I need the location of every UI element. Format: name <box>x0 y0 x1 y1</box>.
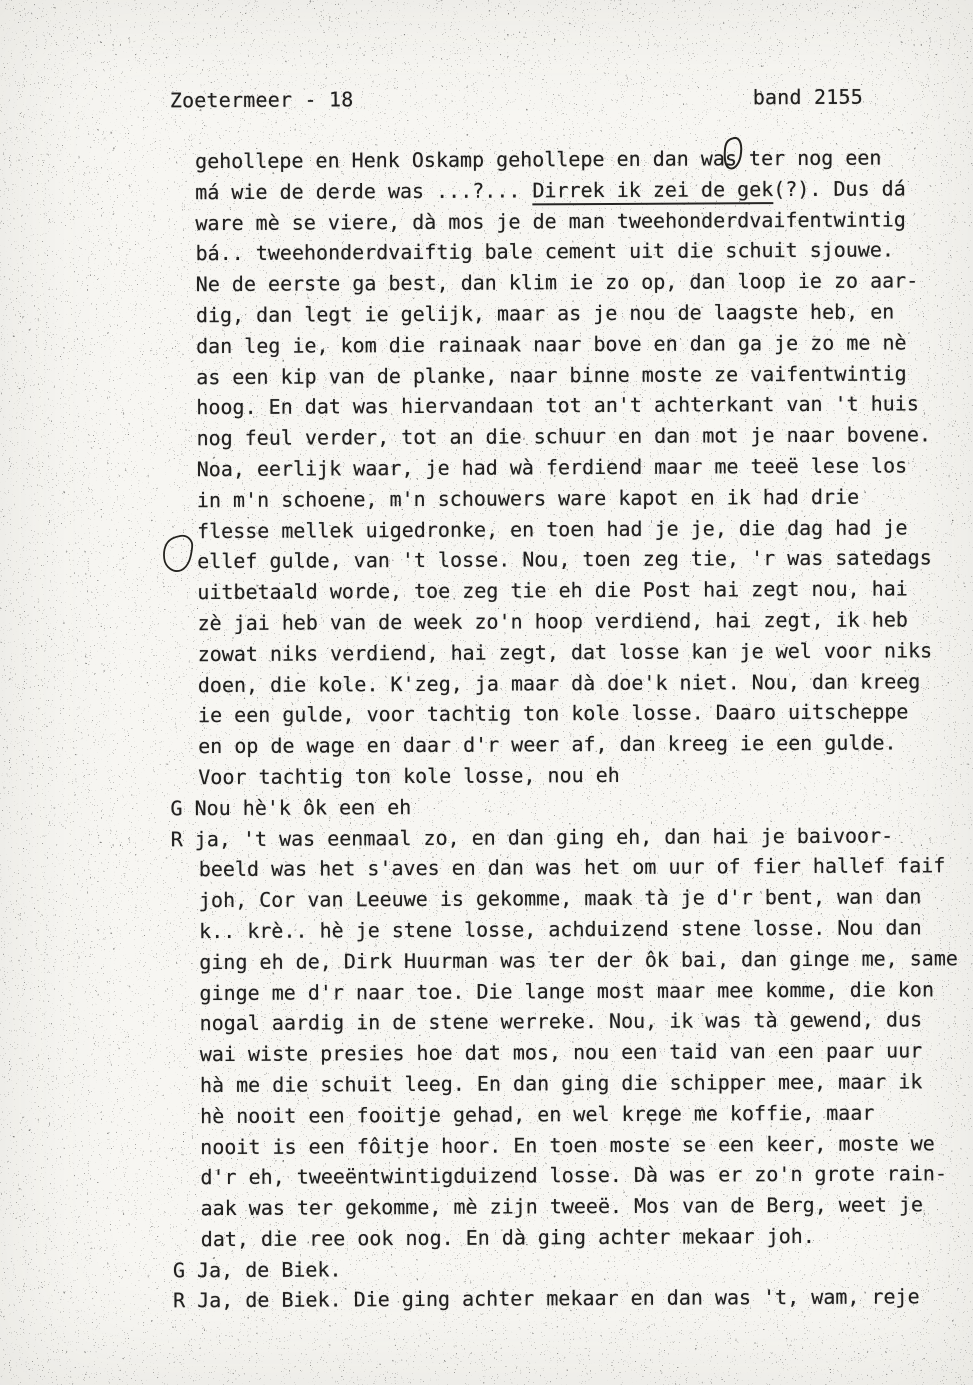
transcript-line: nogal aardig in de stene werreke. Nou, i… <box>5 1004 973 1040</box>
transcript-line: Ne de eerste ga best, dan klim ie zo op,… <box>1 265 973 301</box>
transcript-line: nooit is een fôitje hoor. En toen moste … <box>5 1128 973 1164</box>
line-text: zowat niks verdiend, hai zegt, dat losse… <box>198 638 933 666</box>
scanned-transcript-page: Zoetermeer - 18 band 2155 gehollepe en H… <box>0 0 973 1385</box>
line-text: Ne de eerste ga best, dan klim ie zo op,… <box>196 269 919 297</box>
transcript-line: zè jai heb van de week zo'n hoop verdien… <box>2 604 973 640</box>
transcript-line: ginge me d'r naar toe. Die lange most ma… <box>4 974 973 1010</box>
line-text: nogal aardig in de stene werreke. Nou, i… <box>200 1008 923 1036</box>
transcript-line: k.. krè.. hè je stene losse, achduizend … <box>4 912 973 948</box>
line-text: má wie de derde was ...?... <box>195 178 532 204</box>
line-text: d'r eh, tweeëntwintigduizend losse. Dà w… <box>200 1162 947 1190</box>
line-text: beeld was het s'aves en dan was het om u… <box>199 854 946 882</box>
transcript-line: dan leg ie, kom die rainaak naar bove en… <box>1 327 973 363</box>
line-text: as een kip van de planke, naar binne mos… <box>196 361 907 389</box>
line-text: in m'n schoene, m'n schouwers ware kapot… <box>197 484 859 511</box>
line-text: nooit is een fôitje hoor. En toen moste … <box>200 1131 935 1159</box>
transcript-line: hà me die schuit leeg. En dan ging die s… <box>5 1066 973 1102</box>
line-text: Voor tachtig ton kole losse, nou eh <box>198 763 620 789</box>
transcript-line: R ja, 't was eenmaal zo, en dan ging eh,… <box>4 820 973 856</box>
line-text: k.. krè.. hè je stene losse, achduizend … <box>199 915 922 943</box>
line-text: Noa, eerlijk waar, je had wà ferdiend ma… <box>197 453 908 481</box>
line-text: hà me die schuit leeg. En dan ging die s… <box>200 1069 923 1097</box>
transcript-line: bá.. tweehonderdvaiftig bale cement uit … <box>1 234 973 270</box>
transcript-line: aak was ter gekomme, mè zijn tweeë. Mos … <box>6 1189 973 1225</box>
typed-content: Zoetermeer - 18 band 2155 gehollepe en H… <box>0 0 973 1385</box>
transcript-line: d'r eh, tweeëntwintigduizend losse. Dà w… <box>5 1158 973 1194</box>
transcript-line: uitbetaald worde, toe zeg tie eh die Pos… <box>2 573 973 609</box>
line-text: hoog. En dat was hiervandaan tot an't ac… <box>196 392 919 420</box>
line-text: R ja, 't was eenmaal zo, en dan ging eh,… <box>171 823 894 851</box>
line-text: R Ja, de Biek. Die ging achter mekaar en… <box>173 1285 920 1313</box>
line-text: nog feul verder, tot an die schuur en da… <box>196 422 931 450</box>
line-text: dat, die ree ook nog. En dà ging achter … <box>201 1224 815 1251</box>
line-text: uitbetaald worde, toe zeg tie eh die Pos… <box>197 577 908 605</box>
line-text: (?). Dus dá <box>773 176 906 201</box>
transcript-line: ware mè se viere, dà mos je de man tweeh… <box>0 204 973 240</box>
line-text: gehollepe en Henk Oskamp gehollepe en da… <box>195 146 881 174</box>
line-text: G Nou hè'k ôk een eh <box>170 795 411 820</box>
transcript-line: ellef gulde, van 't losse. Nou, toen zeg… <box>2 542 973 578</box>
line-text: zè jai heb van de week zo'n hoop verdien… <box>197 607 908 635</box>
line-text: bá.. tweehonderdvaiftig bale cement uit … <box>196 238 895 266</box>
transcript-line: Noa, eerlijk waar, je had wà ferdiend ma… <box>2 450 973 486</box>
line-text: ging eh de, Dirk Huurman was ter der ôk … <box>199 946 958 974</box>
transcript-line: ie een gulde, voor tachtig ton kole loss… <box>3 696 973 732</box>
transcript-line: má wie de derde was ...?... Dirrek ik ze… <box>0 173 973 209</box>
transcript-line: dat, die ree ook nog. En dà ging achter … <box>6 1220 973 1256</box>
line-text: doen, die kole. K'zeg, ja maar dà doe'k … <box>198 669 921 697</box>
transcript-lines: gehollepe en Henk Oskamp gehollepe en da… <box>0 142 973 1317</box>
underlined-phrase: Dirrek ik zei de gek <box>532 177 773 205</box>
header-band-number: band 2155 <box>753 85 863 110</box>
line-text: aak was ter gekomme, mè zijn tweeë. Mos … <box>201 1192 924 1220</box>
transcript-line: as een kip van de planke, naar binne mos… <box>1 358 973 394</box>
transcript-line: R Ja, de Biek. Die ging achter mekaar en… <box>6 1282 973 1318</box>
transcript-line: beeld was het s'aves en dan was het om u… <box>4 850 973 886</box>
transcript-line: zowat niks verdiend, hai zegt, dat losse… <box>3 635 973 671</box>
transcript-line: flesse mellek uigedronke, en toen had je… <box>2 512 973 548</box>
transcript-line: nog feul verder, tot an die schuur en da… <box>1 419 973 455</box>
header-location-page: Zoetermeer - 18 <box>170 87 354 112</box>
transcript-line: gehollepe en Henk Oskamp gehollepe en da… <box>0 142 973 178</box>
line-text: ginge me d'r naar toe. Die lange most ma… <box>199 977 934 1005</box>
transcript-line: hè nooit een fooitje gehad, en wel krege… <box>5 1097 973 1133</box>
line-text: ellef gulde, van 't losse. Nou, toen zeg… <box>197 546 932 574</box>
transcript-line: G Nou hè'k ôk een eh <box>3 789 973 825</box>
transcript-line: dig, dan legt ie gelijk, maar as je nou … <box>1 296 973 332</box>
transcript-line: wai wiste presies hoe dat mos, nou een t… <box>5 1035 973 1071</box>
line-text: G Ja, de Biek. <box>173 1257 342 1282</box>
transcript-line: joh, Cor van Leeuwe is gekomme, maak tà … <box>4 881 973 917</box>
transcript-line: en op de wage en daar d'r weer af, dan k… <box>3 727 973 763</box>
transcript-line: ging eh de, Dirk Huurman was ter der ôk … <box>4 943 973 979</box>
transcript-line: doen, die kole. K'zeg, ja maar dà doe'k … <box>3 666 973 702</box>
line-text: dan leg ie, kom die rainaak naar bove en… <box>196 330 907 358</box>
line-text: hè nooit een fooitje gehad, en wel krege… <box>200 1100 874 1128</box>
transcript-line: Voor tachtig ton kole losse, nou eh <box>3 758 973 794</box>
line-text: flesse mellek uigedronke, en toen had je… <box>197 515 908 543</box>
transcript-line: in m'n schoene, m'n schouwers ware kapot… <box>2 481 973 517</box>
transcript-line: G Ja, de Biek. <box>6 1251 973 1287</box>
line-text: joh, Cor van Leeuwe is gekomme, maak tà … <box>199 884 922 912</box>
transcript-line: hoog. En dat was hiervandaan tot an't ac… <box>1 388 973 424</box>
line-text: ware mè se viere, dà mos je de man tweeh… <box>195 207 906 235</box>
line-text: ie een gulde, voor tachtig ton kole loss… <box>198 700 909 728</box>
line-text: dig, dan legt ie gelijk, maar as je nou … <box>196 299 895 327</box>
line-text: en op de wage en daar d'r weer af, dan k… <box>198 731 897 759</box>
line-text: wai wiste presies hoe dat mos, nou een t… <box>200 1038 923 1066</box>
